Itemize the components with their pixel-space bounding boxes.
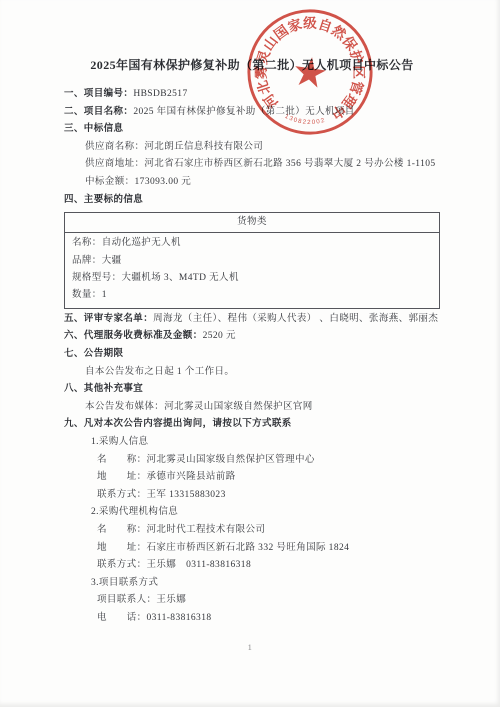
contacts-section-heading: 九、凡对本次公告内容提出询问，请按以下方式联系 [64,416,440,434]
project-contact-heading: 3.项目联系方式 [64,575,440,593]
supplier-name-value: 河北朗丘信息科技有限公司 [144,142,263,152]
project-name-value: 2025 年国有林保护修复补助（第二批）无人机项目 [133,107,354,117]
supplier-name-line: 供应商名称：河北朗丘信息科技有限公司 [64,139,440,157]
project-number-line: 一、项目编号：HBSDB2517 [64,86,440,104]
project-name-line: 二、项目名称：2025 年国有林保护修复补助（第二批）无人机项目 [64,104,440,122]
goods-table: 货物类 名称：自动化巡护无人机 品牌：大疆 规格型号：大疆机场 3、M4TD 无… [64,212,440,309]
supplier-name-label: 供应商名称： [85,142,144,152]
project-number-value: HBSDB2517 [133,89,187,99]
agency-fee-label: 六、代理服务收费标准及金额： [64,331,203,341]
document-content: 2025年国有林保护修复补助（第二批）无人机项目中标公告 一、项目编号：HBSD… [64,0,440,627]
agency-address: 地 址：石家庄市桥西区新石北路 332 号旺角国际 1824 [64,540,440,558]
table-row: 品牌：大疆 [72,253,433,270]
project-name-label: 二、项目名称： [64,107,133,117]
table-row: 规格型号：大疆机场 3、M4TD 无人机 [72,270,433,287]
experts-value: 周海龙（主任）、程伟（采购人代表） 、白晓明、张海燕、郭丽杰 [153,314,438,324]
purchaser-heading: 1.采购人信息 [64,434,440,452]
agency-fee-value: 2520 元 [203,331,236,341]
award-amount-label: 中标金额： [85,177,135,187]
award-amount-value: 173093.00 元 [135,177,192,187]
goods-table-body: 名称：自动化巡护无人机 品牌：大疆 规格型号：大疆机场 3、M4TD 无人机 数… [65,233,439,308]
period-body: 自本公告发布之日起 1 个工作日。 [64,364,440,382]
page-number: 1 [0,642,500,652]
project-contact-person: 项目联系人：王乐娜 [64,592,440,610]
supplement-body: 本公告发布媒体：河北雾灵山国家级自然保护区官网 [64,399,440,417]
supplier-address-line: 供应商地址：河北省石家庄市桥西区新石北路 356 号翡翠大厦 2 号办公楼 1-… [64,156,440,174]
award-amount-line: 中标金额：173093.00 元 [64,174,440,192]
experts-line: 五、评审专家名单：周海龙（主任）、程伟（采购人代表） 、白晓明、张海燕、郭丽杰 [64,311,440,329]
table-row: 名称：自动化巡护无人机 [72,235,433,252]
scanned-document-page: 2025年国有林保护修复补助（第二批）无人机项目中标公告 一、项目编号：HBSD… [0,0,500,707]
project-number-label: 一、项目编号： [64,89,133,99]
agency-fee-line: 六、代理服务收费标准及金额：2520 元 [64,328,440,346]
supplement-section-heading: 八、其他补充事宜 [64,381,440,399]
agency-name: 名 称：河北时代工程技术有限公司 [64,522,440,540]
purchaser-contact: 联系方式：王军 13315883023 [64,487,440,505]
agency-heading: 2.采购代理机构信息 [64,504,440,522]
award-section-heading: 三、中标信息 [64,121,440,139]
purchaser-address: 地 址：承德市兴隆县站前路 [64,469,440,487]
goods-table-header: 货物类 [65,213,439,233]
supplier-address-value: 河北省石家庄市桥西区新石北路 356 号翡翠大厦 2 号办公楼 1-1105 [144,159,435,169]
supplier-address-label: 供应商地址： [85,159,144,169]
page-title: 2025年国有林保护修复补助（第二批）无人机项目中标公告 [64,57,440,73]
purchaser-name: 名 称：河北雾灵山国家级自然保护区管理中心 [64,452,440,470]
period-section-heading: 七、公告期限 [64,346,440,364]
agency-contact: 联系方式：王乐娜 0311-83816318 [64,557,440,575]
table-row: 数量：1 [72,287,433,304]
project-contact-phone: 电 话：0311-83816318 [64,610,440,628]
experts-label: 五、评审专家名单： [64,314,153,324]
subject-section-heading: 四、主要标的信息 [64,192,440,210]
